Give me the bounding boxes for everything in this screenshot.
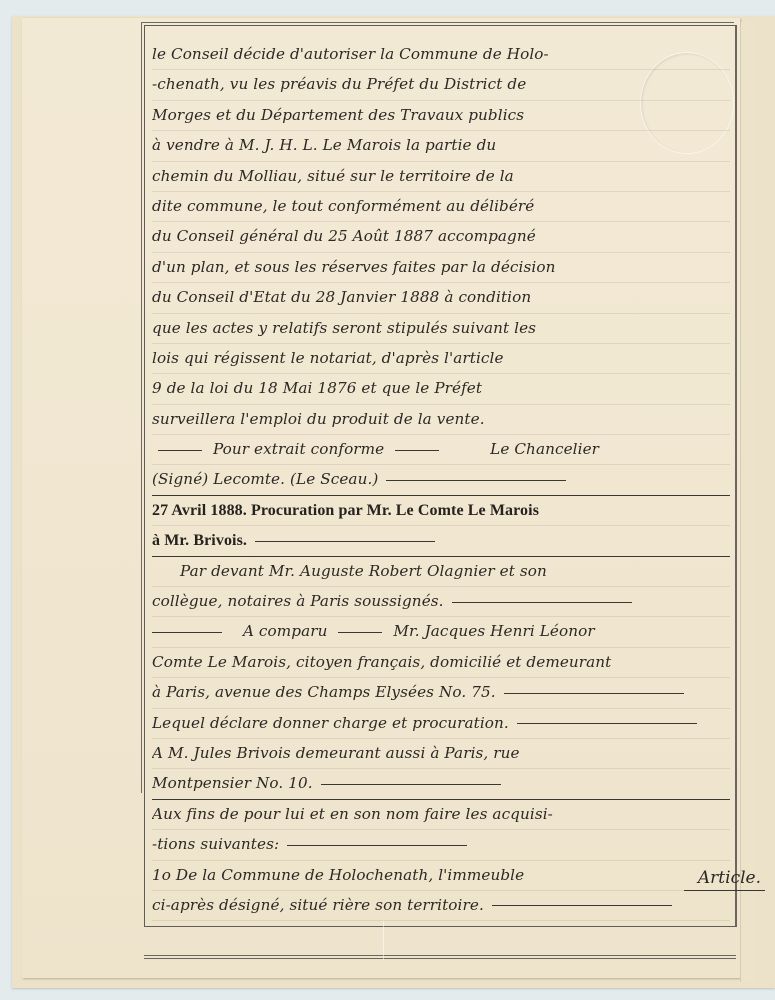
text-line: 1o De la Commune de Holochenath, l'immeu… [152, 861, 730, 891]
text-line: chemin du Molliau, situé sur le territoi… [152, 162, 730, 192]
text-line: le Conseil décide d'autoriser la Commune… [152, 40, 730, 70]
comparant-name: Mr. Jacques Henri Léonor [393, 622, 594, 640]
text-line: du Conseil d'Etat du 28 Janvier 1888 à c… [152, 283, 730, 313]
article-label: Article. [684, 868, 765, 891]
dash-rule [158, 450, 202, 451]
text-line: surveillera l'emploi du produit de la ve… [152, 405, 730, 435]
appearance-line: A comparu Mr. Jacques Henri Léonor [152, 617, 730, 647]
dash-rule [395, 450, 439, 451]
text-line: ci-après désigné, situé rière son territ… [152, 891, 730, 921]
frame-bottom-rule [144, 955, 736, 956]
text-line: Comte Le Marois, citoyen français, domic… [152, 648, 730, 678]
text-line: Par devant Mr. Auguste Robert Olagnier e… [152, 557, 730, 587]
text-line: Morges et du Département des Travaux pub… [152, 101, 730, 131]
scanned-page: le Conseil décide d'autoriser la Commune… [0, 0, 775, 1000]
text-line: Lequel déclare donner charge et procurat… [152, 709, 730, 739]
signature-line: (Signé) Lecomte. (Le Sceau.) [152, 465, 730, 495]
text-line: -tions suivantes: [152, 830, 730, 860]
chancellor-text: Le Chancelier [490, 440, 599, 458]
fold-mark [383, 920, 384, 960]
text-line: collègue, notaires à Paris soussignés. [152, 587, 730, 617]
text-line: à Paris, avenue des Champs Elysées No. 7… [152, 678, 730, 708]
text-line: que les actes y relatifs seront stipulés… [152, 314, 730, 344]
text-line: à vendre à M. J. H. L. Le Marois la part… [152, 131, 730, 161]
dash-rule [338, 632, 382, 633]
text-line: d'un plan, et sous les réserves faites p… [152, 253, 730, 283]
page-edge [740, 22, 755, 982]
text-line: Aux fins de pour lui et en son nom faire… [152, 800, 730, 830]
frame-bottom-rule-2 [144, 958, 736, 959]
text-line: du Conseil général du 25 Août 1887 accom… [152, 222, 730, 252]
text-line: dite commune, le tout conformément au dé… [152, 192, 730, 222]
comparu-label: A comparu [243, 622, 328, 640]
dash-rule [152, 632, 222, 633]
procuration-header-2: à Mr. Brivois. [152, 526, 730, 556]
text-line: lois qui régissent le notariat, d'après … [152, 344, 730, 374]
text-line: Montpensier No. 10. [152, 769, 730, 799]
extract-conforme-text: Pour extrait conforme [213, 440, 384, 458]
procuration-header: 27 Avril 1888. Procuration par Mr. Le Co… [152, 496, 730, 526]
text-line: 9 de la loi du 18 Mai 1876 et que le Pré… [152, 374, 730, 404]
text-body: le Conseil décide d'autoriser la Commune… [152, 40, 730, 921]
closing-line: Pour extrait conforme Le Chancelier [152, 435, 730, 465]
text-line: A M. Jules Brivois demeurant aussi à Par… [152, 739, 730, 769]
text-line: -chenath, vu les préavis du Préfet du Di… [152, 70, 730, 100]
